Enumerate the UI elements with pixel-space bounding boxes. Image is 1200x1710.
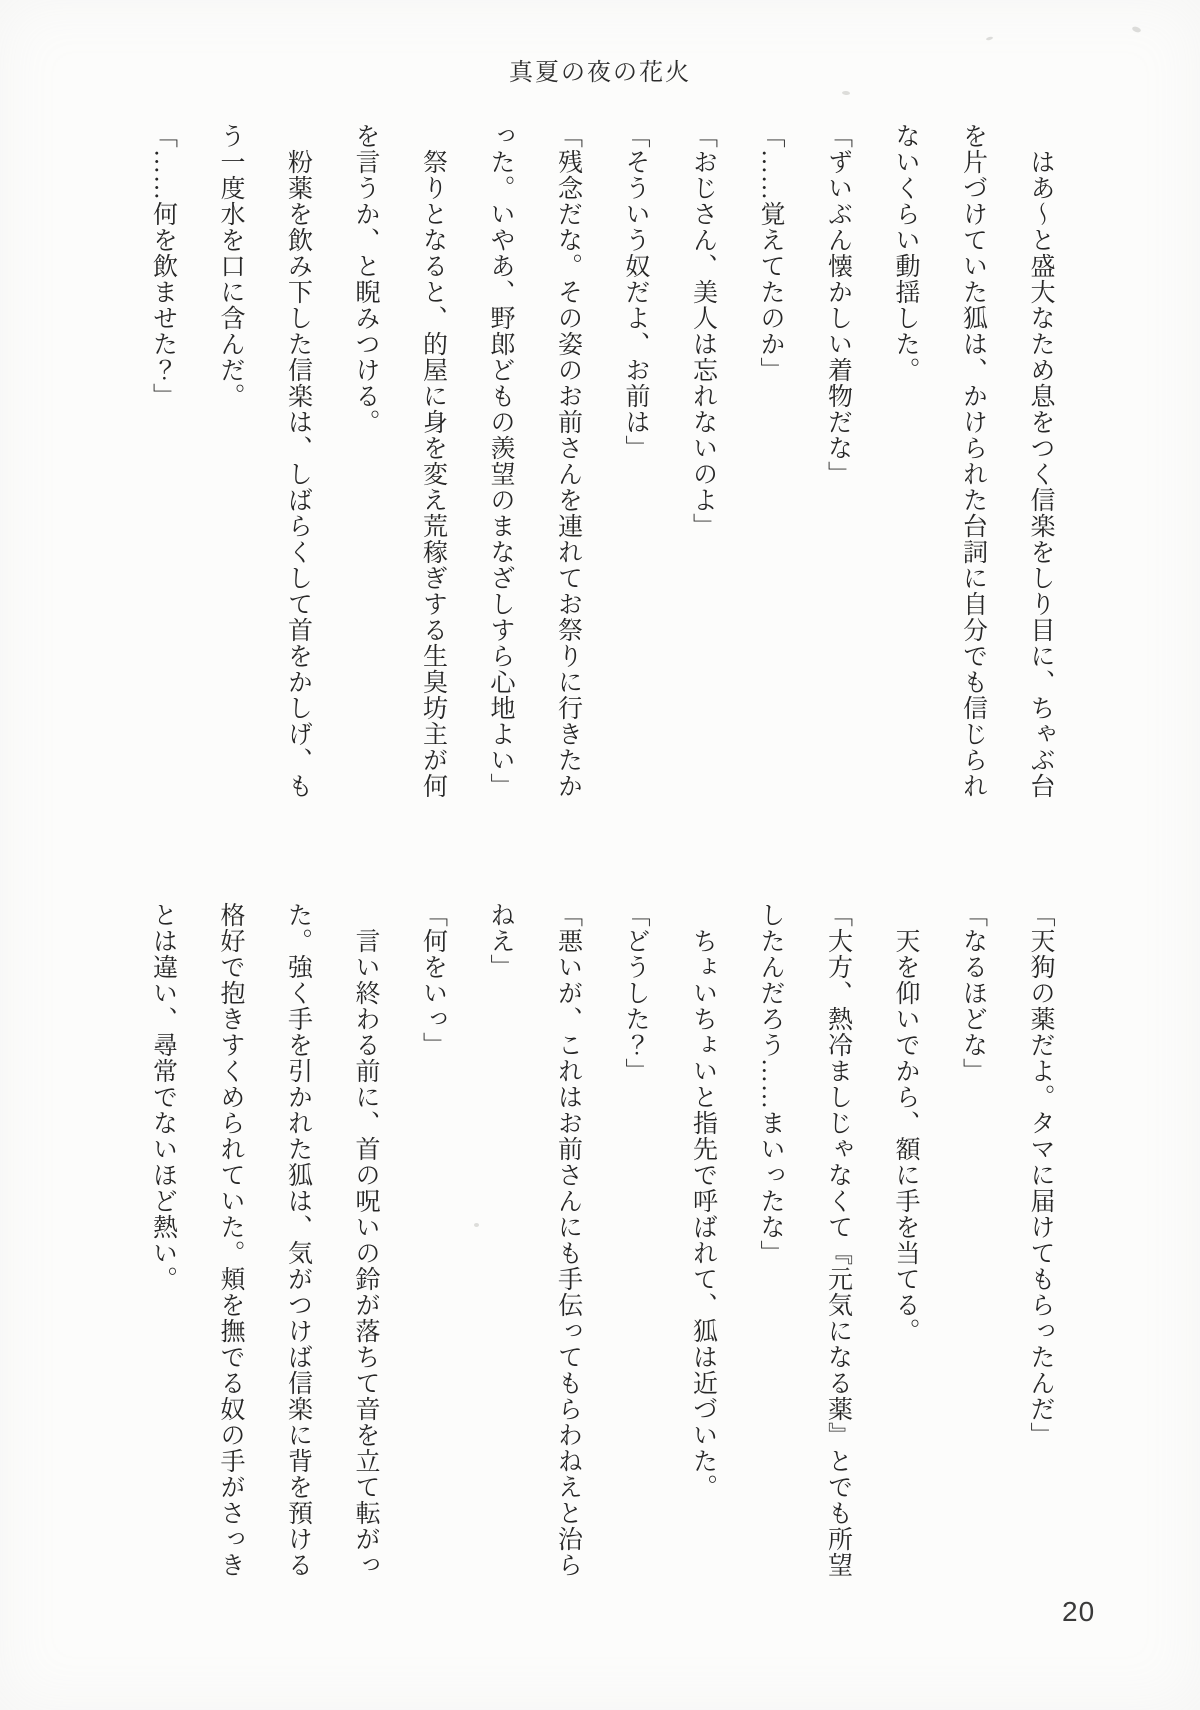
text-line: 「どうした？」	[602, 902, 670, 1594]
page-title: 真夏の夜の花火	[0, 52, 1200, 87]
text-line: 言い終わる前に、首の呪いの鈴が落ちて音を立て転がっ	[332, 902, 400, 1594]
text-line: う一度水を口に含んだ。	[197, 123, 265, 815]
text-line: を言うか、と睨みつける。	[332, 123, 400, 815]
lower-text-block: 「天狗の薬だよ。タマに届けてもらったんだ」 「なるほどな」 天を仰いでから、額に…	[129, 902, 1074, 1594]
text-line: 祭りとなると、的屋に身を変え荒稼ぎする生臭坊主が何	[399, 123, 467, 815]
text-line: 粉薬を飲み下した信楽は、しばらくして首をかしげ、も	[264, 123, 332, 815]
scan-speck	[986, 36, 994, 41]
text-line: したんだろう……まいったな」	[737, 902, 805, 1594]
text-line: 「悪いが、これはお前さんにも手伝ってもらわねえと治ら	[534, 902, 602, 1594]
text-line: 「……覚えてたのか」	[737, 123, 805, 815]
text-line: った。いやあ、野郎どもの羨望のまなざしすら心地よい」	[467, 123, 535, 815]
text-line: た。強く手を引かれた狐は、気がつけば信楽に背を預ける	[264, 902, 332, 1594]
text-line: を片づけていた狐は、かけられた台詞に自分でも信じられ	[939, 123, 1007, 815]
text-line: とは違い、尋常でないほど熱い。	[129, 902, 197, 1594]
scan-speck	[842, 91, 850, 96]
text-line: 「天狗の薬だよ。タマに届けてもらったんだ」	[1007, 902, 1075, 1594]
text-line: 天を仰いでから、額に手を当てる。	[872, 902, 940, 1594]
text-line: 「なるほどな」	[939, 902, 1007, 1594]
text-line: ちょいちょいと指先で呼ばれて、狐は近づいた。	[669, 902, 737, 1594]
upper-text-block: はあ〜と盛大なため息をつく信楽をしり目に、ちゃぶ台 を片づけていた狐は、かけられ…	[129, 123, 1074, 815]
text-line: 「おじさん、美人は忘れないのよ」	[669, 123, 737, 815]
text-line: 「そういう奴だよ、お前は」	[602, 123, 670, 815]
text-line: 「残念だな。その姿のお前さんを連れてお祭りに行きたか	[534, 123, 602, 815]
text-line: はあ〜と盛大なため息をつく信楽をしり目に、ちゃぶ台	[1007, 123, 1075, 815]
text-line: 「大方、熱冷ましじゃなくて『元気になる薬』とでも所望	[804, 902, 872, 1594]
text-line: ないくらい動揺した。	[872, 123, 940, 815]
scan-speck	[474, 1223, 479, 1227]
text-line: 「何をいっ」	[399, 902, 467, 1594]
scan-speck	[1131, 26, 1141, 34]
text-line: 「……何を飲ませた？」	[129, 123, 197, 815]
page-number: 20	[1062, 1596, 1095, 1628]
scanned-novel-page: 真夏の夜の花火 はあ〜と盛大なため息をつく信楽をしり目に、ちゃぶ台 を片づけてい…	[0, 0, 1200, 1710]
text-line: 格好で抱きすくめられていた。頬を撫でる奴の手がさっき	[197, 902, 265, 1594]
text-line: 「ずいぶん懐かしい着物だな」	[804, 123, 872, 815]
text-line: ねえ」	[467, 902, 535, 1594]
